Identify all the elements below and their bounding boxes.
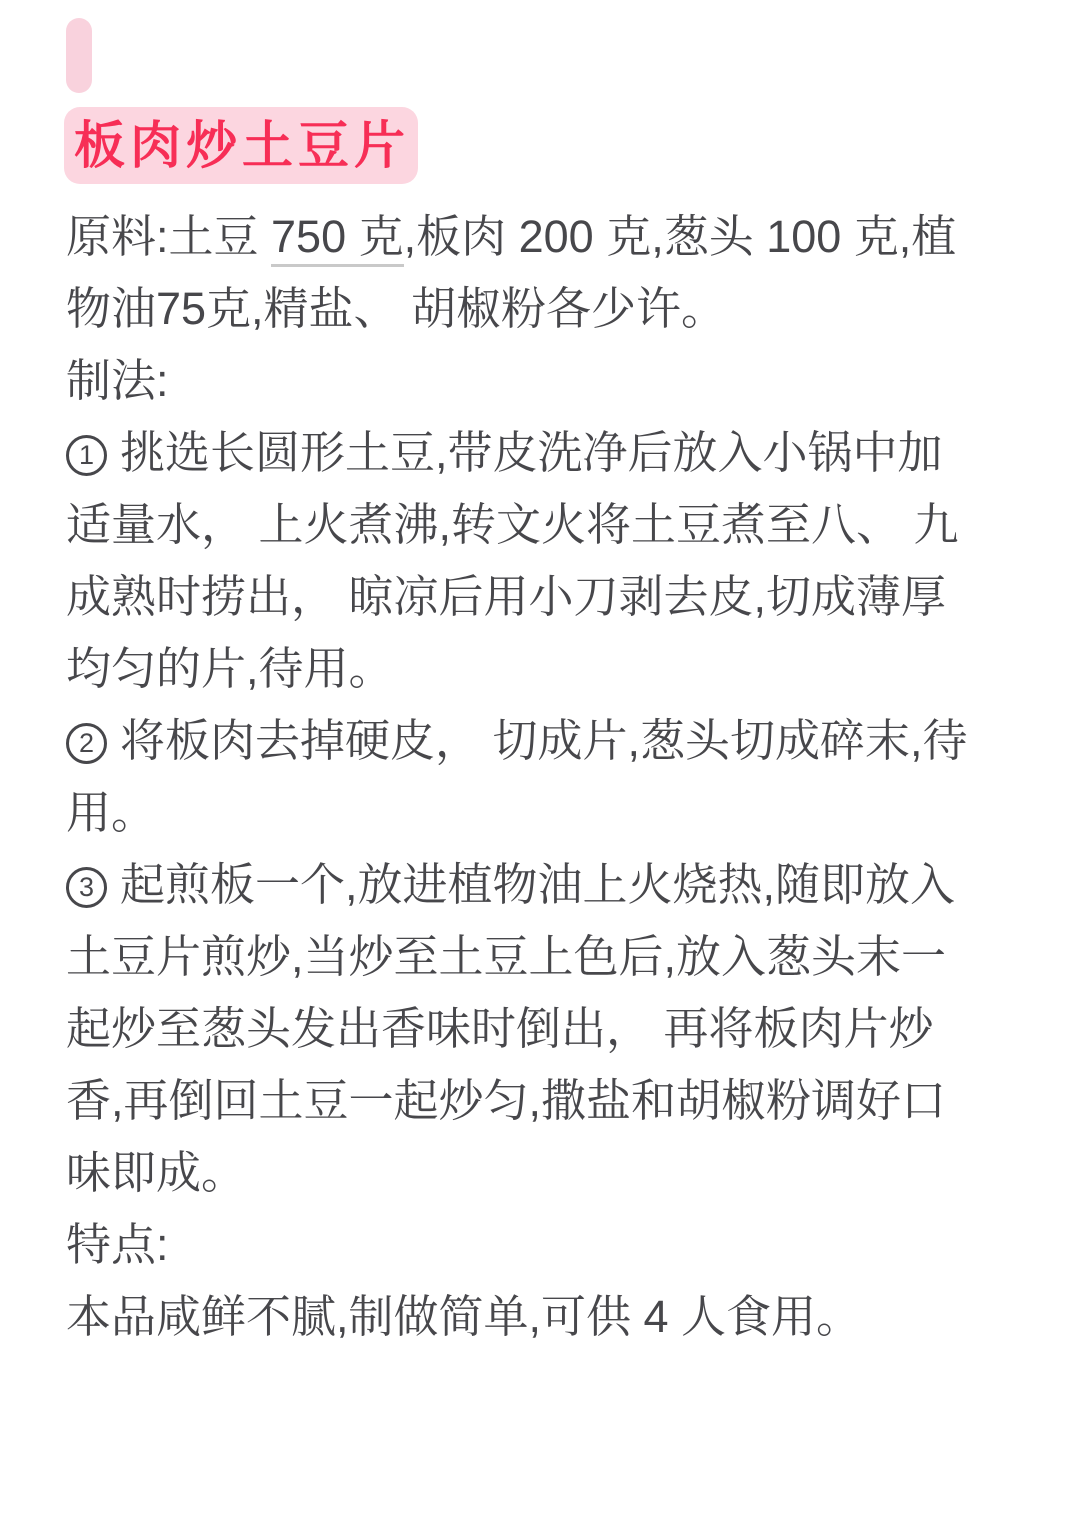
ingredients-underlined-quantity: 750 克 <box>271 211 404 267</box>
recipe-content: 板肉炒土豆片 原料:土豆 750 克,板肉 200 克,葱头 100 克,植 物… <box>0 0 1080 1353</box>
feature-label: 特点: <box>66 1209 1016 1281</box>
step-3-text: 起煎板一个,放进植物油上火烧热,随即放入 土豆片煎炒,当炒至土豆上色后,放入葱头… <box>66 859 955 1198</box>
ingredients-paragraph: 原料:土豆 750 克,板肉 200 克,葱头 100 克,植 物油75克,精盐… <box>66 201 1016 345</box>
circled-number-2-icon: 2 <box>66 723 107 764</box>
step-paragraph-1: 1挑选长圆形土豆,带皮洗净后放入小锅中加 适量水， 上火煮沸,转文火将土豆煮至八… <box>66 417 1016 705</box>
title-row: 板肉炒土豆片 <box>64 107 1020 184</box>
step-paragraph-2: 2将板肉去掉硬皮， 切成片,葱头切成碎末,待 用。 <box>66 705 1016 849</box>
circled-number-1-icon: 1 <box>66 435 107 476</box>
feature-paragraph: 本品咸鲜不腻,制做简单,可供 4 人食用。 <box>66 1281 1016 1353</box>
recipe-note-page: 板肉炒土豆片 原料:土豆 750 克,板肉 200 克,葱头 100 克,植 物… <box>0 0 1080 1523</box>
step-paragraph-3: 3起煎板一个,放进植物油上火烧热,随即放入 土豆片煎炒,当炒至土豆上色后,放入葱… <box>66 849 1016 1209</box>
step-1-text: 挑选长圆形土豆,带皮洗净后放入小锅中加 适量水， 上火煮沸,转文火将土豆煮至八、… <box>66 427 959 694</box>
circled-number-3-icon: 3 <box>66 867 107 908</box>
accent-bar <box>66 18 92 93</box>
method-label: 制法: <box>66 345 1016 417</box>
recipe-title: 板肉炒土豆片 <box>64 107 418 184</box>
step-2-text: 将板肉去掉硬皮， 切成片,葱头切成碎末,待 用。 <box>66 715 968 838</box>
ingredients-prefix: 原料:土豆 <box>66 211 271 262</box>
